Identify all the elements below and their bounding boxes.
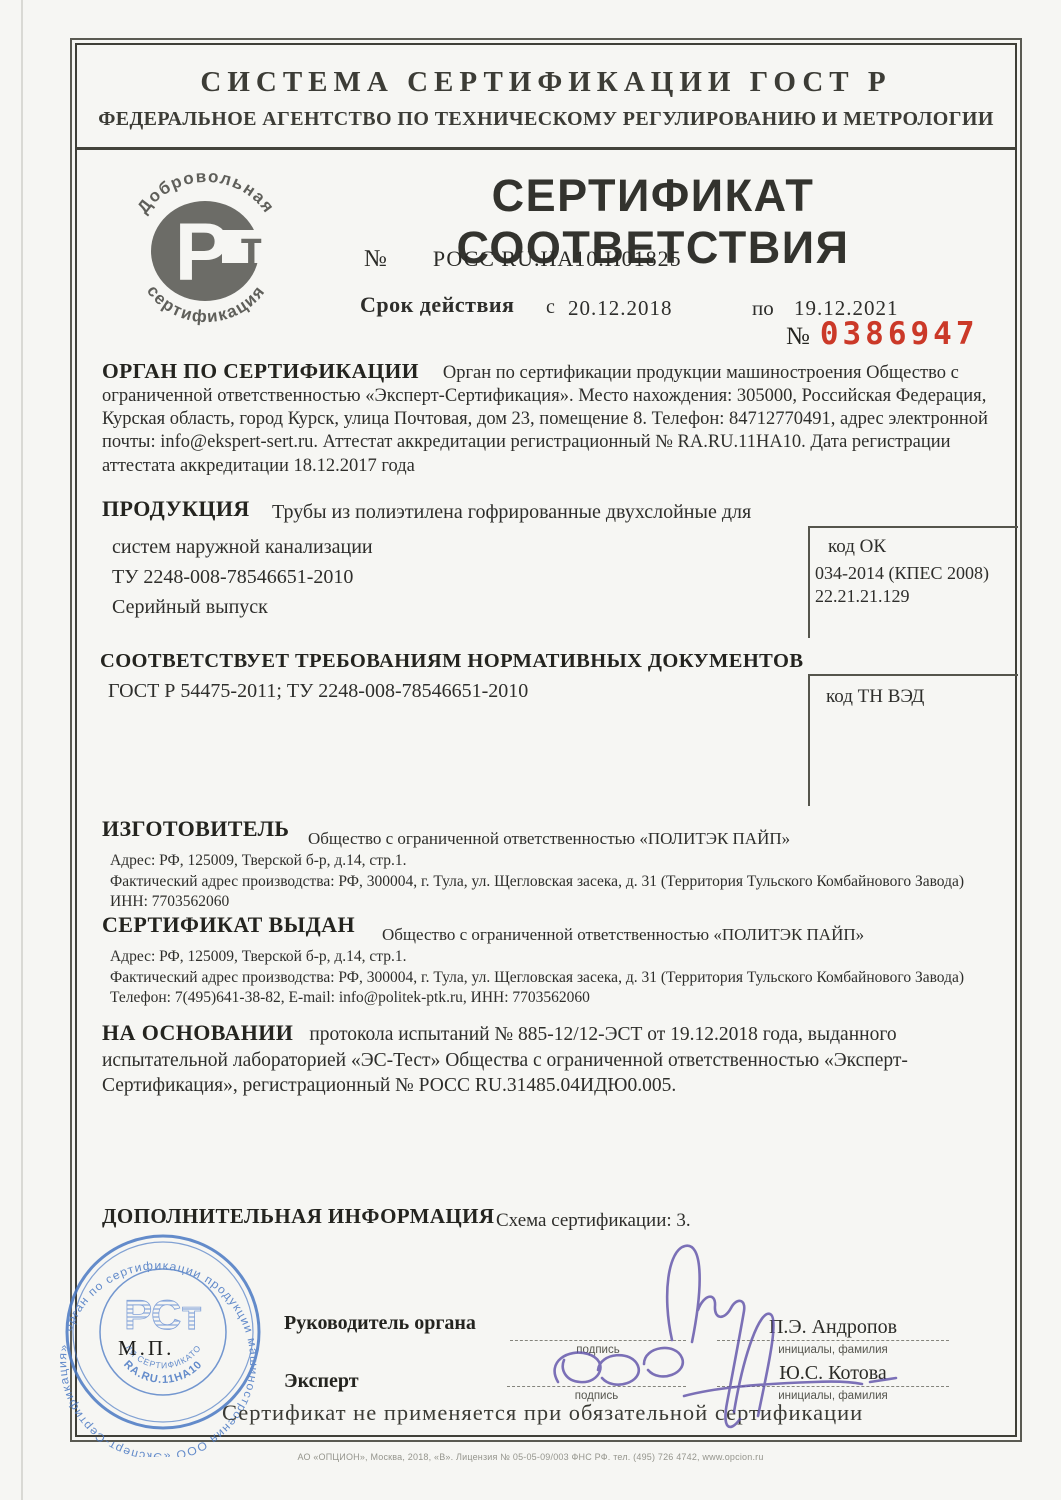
code-ok-value: 22.21.21.129 — [815, 585, 1018, 608]
code-ok-values: 034-2014 (КПЕС 2008) 22.21.21.129 — [815, 562, 1018, 608]
manufacturer-address: Адрес: РФ, 125009, Тверской б-р, д.14, с… — [110, 851, 964, 872]
stamp-center-mark: РСт — [124, 1291, 202, 1338]
code-tnved-box: код ТН ВЭД — [808, 674, 1018, 806]
conformity-standards: ГОСТ Р 54475-2011; ТУ 2248-008-78546651-… — [108, 680, 528, 703]
manufacturer-name: Общество с ограниченной ответственностью… — [308, 829, 790, 849]
code-tnved-label: код ТН ВЭД — [826, 686, 1018, 708]
validity-from-label: с — [546, 296, 555, 319]
issued-to-details: Адрес: РФ, 125009, Тверской б-р, д.14, с… — [110, 947, 964, 1009]
certificate-number-label: № — [364, 246, 387, 272]
section-basis: НА ОСНОВАНИИпротокола испытаний № 885-12… — [102, 1018, 928, 1099]
validity-label: Срок действия — [360, 292, 514, 318]
manufacturer-heading: ИЗГОТОВИТЕЛЬ — [102, 816, 289, 842]
basis-heading: НА ОСНОВАНИИ — [102, 1020, 293, 1045]
header-divider — [77, 147, 1015, 150]
manufacturer-factory-address: Фактический адрес производства: РФ, 3000… — [110, 872, 964, 893]
logo-letter-p: Р — [175, 207, 230, 298]
validity-from-date: 20.12.2018 — [568, 296, 673, 321]
certificate-number-row: №РОСС RU.НА10.Н01825 — [364, 246, 682, 273]
header-agency-line: ФЕДЕРАЛЬНОЕ АГЕНТСТВО ПО ТЕХНИЧЕСКОМУ РЕ… — [72, 108, 1020, 131]
signature-ink-head — [667, 1246, 744, 1427]
certificate-frame: СИСТЕМА СЕРТИФИКАЦИИ ГОСТ Р ФЕДЕРАЛЬНОЕ … — [70, 38, 1022, 1442]
production-line: ТУ 2248-008-78546651-2010 — [112, 562, 373, 592]
code-ok-box: код ОК 034-2014 (КПЕС 2008) 22.21.21.129 — [808, 526, 1018, 638]
signatory-role-head: Руководитель органа — [284, 1312, 476, 1335]
signature-ink-expert — [555, 1314, 896, 1416]
serial-number-label: № — [786, 323, 810, 350]
serial-number-value: 0386947 — [820, 316, 979, 352]
issued-to-address: Адрес: РФ, 125009, Тверской б-р, д.14, с… — [110, 947, 964, 968]
logo-letter-t: т — [240, 221, 263, 273]
issued-to-contacts: Телефон: 7(495)641-38-82, E-mail: info@p… — [110, 988, 964, 1009]
production-lines: систем наружной канализации ТУ 2248-008-… — [112, 532, 373, 622]
issued-to-heading: СЕРТИФИКАТ ВЫДАН — [102, 912, 355, 938]
issued-to-name: Общество с ограниченной ответственностью… — [382, 925, 864, 945]
stamp-place-label: М.П. — [118, 1336, 174, 1361]
production-line: систем наружной канализации — [112, 532, 373, 562]
certificate-number-value: РОСС RU.НА10.Н01825 — [433, 246, 682, 271]
signatory-role-expert: Эксперт — [284, 1370, 359, 1393]
production-heading: ПРОДУКЦИЯ — [102, 496, 250, 522]
section-certification-body: ОРГАН ПО СЕРТИФИКАЦИИОрган по сертификац… — [102, 358, 1018, 478]
serial-number-row: №0386947 — [786, 316, 979, 352]
manufacturer-details: Адрес: РФ, 125009, Тверской б-р, д.14, с… — [110, 851, 964, 913]
manufacturer-inn: ИНН: 7703562060 — [110, 892, 964, 913]
validity-to-label: по — [752, 296, 774, 321]
certification-body-heading: ОРГАН ПО СЕРТИФИКАЦИИ — [102, 359, 419, 383]
handwritten-signatures — [472, 1200, 972, 1460]
scan-edge-artifact — [21, 0, 23, 1500]
rst-voluntary-certification-logo: Добровольная сертификация Р т — [118, 166, 296, 328]
code-ok-value: 034-2014 (КПЕС 2008) — [815, 562, 1018, 585]
production-line: Серийный выпуск — [112, 592, 373, 622]
issued-to-factory-address: Фактический адрес производства: РФ, 3000… — [110, 968, 964, 989]
conformity-heading: СООТВЕТСТВУЕТ ТРЕБОВАНИЯМ НОРМАТИВНЫХ ДО… — [100, 650, 803, 673]
production-intro: Трубы из полиэтилена гофрированные двухс… — [272, 501, 751, 524]
code-ok-label: код ОК — [828, 536, 1018, 558]
header-system-line: СИСТЕМА СЕРТИФИКАЦИИ ГОСТ Р — [72, 66, 1020, 99]
